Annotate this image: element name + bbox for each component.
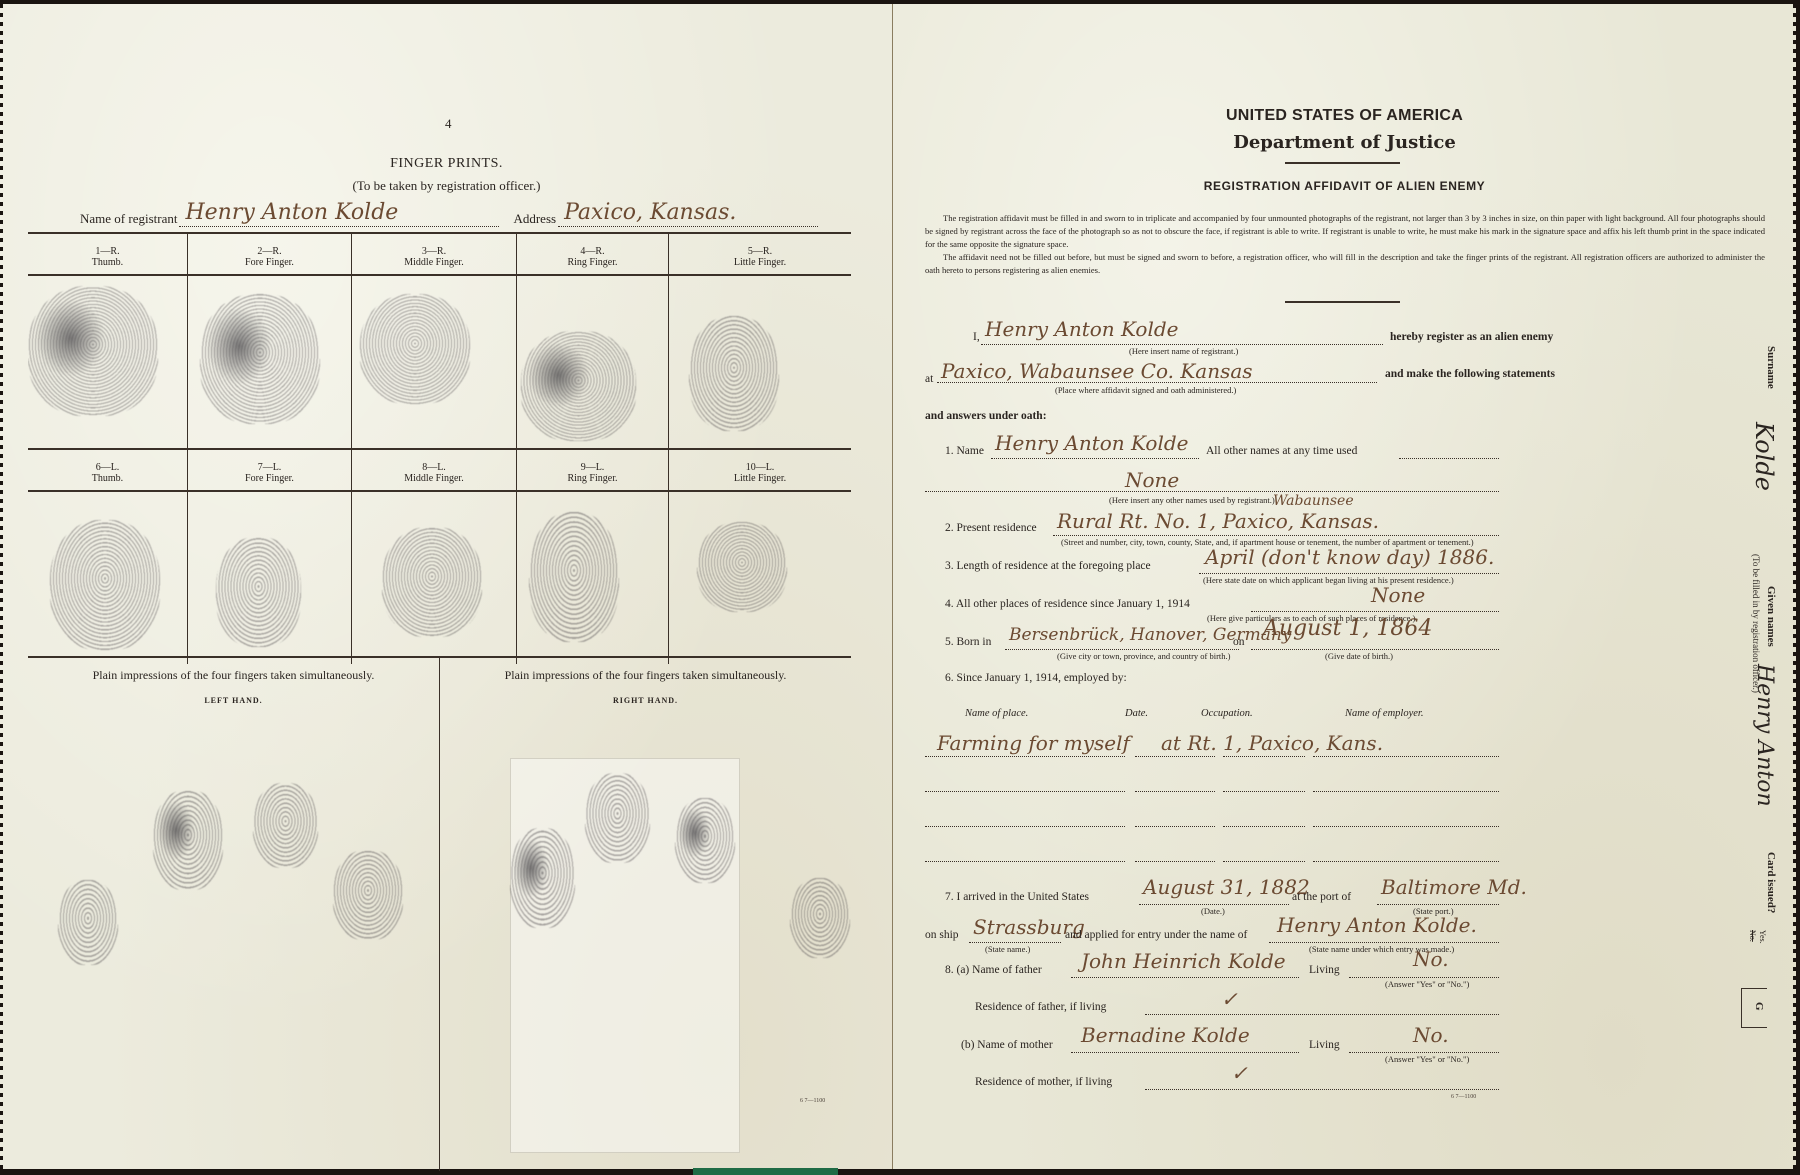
col-employer: Name of employer.	[1345, 708, 1423, 719]
plain-impressions-label-right: Plain impressions of the four fingers ta…	[440, 668, 851, 683]
instruction-paragraph: The registration affidavit must be fille…	[925, 212, 1765, 251]
col-name-of-place: Name of place.	[965, 708, 1028, 719]
statements-text: and make the following statements	[1385, 368, 1555, 380]
q5-birthdate-field[interactable]: August 1, 1864	[1263, 618, 1432, 640]
given-names-field[interactable]: Henry Anton	[1753, 664, 1775, 807]
employment-employer-field[interactable]: at Rt. 1, Paxico, Kans.	[1161, 732, 1383, 754]
department-heading: Department of Justice	[893, 132, 1796, 153]
country-heading: UNITED STATES OF AMERICA	[893, 107, 1796, 125]
port-label: at the port of	[1292, 891, 1351, 903]
left-hand-header-row: 6—L.Thumb. 7—L.Fore Finger. 8—L.Middle F…	[28, 448, 851, 492]
finger-header-6l: 6—L.Thumb.	[28, 450, 188, 490]
surname-field[interactable]: Kolde	[1753, 422, 1775, 491]
given-names-label: Given names	[1765, 586, 1777, 647]
place-hint: (Place where affidavit signed and oath a…	[1055, 385, 1236, 395]
arrival-port-field[interactable]: Baltimore Md.	[1381, 876, 1527, 898]
at-label: at	[925, 373, 933, 385]
classification-letter: G	[1753, 1002, 1765, 1011]
card-no-option[interactable]: No.	[1748, 930, 1757, 942]
ship-hint: (State name.)	[985, 944, 1030, 954]
fingerprint-page: 4 FINGER PRINTS. (To be taken by registr…	[0, 4, 893, 1169]
fingerprint-8l	[352, 492, 517, 664]
finger-header-10l: 10—L.Little Finger.	[669, 450, 851, 490]
finger-header-4r: 4—R.Ring Finger.	[517, 234, 669, 274]
fingerprints-subtitle: (To be taken by registration officer.)	[0, 178, 893, 194]
fingerprint-1r	[28, 276, 188, 448]
col-occupation: Occupation.	[1201, 708, 1253, 719]
right-hand-label: RIGHT HAND.	[440, 696, 851, 705]
oath-text: and answers under oath:	[925, 410, 1047, 422]
q7-label: 7. I arrived in the United States	[945, 891, 1089, 903]
left-hand-plain-impressions: Plain impressions of the four fingers ta…	[28, 658, 440, 1171]
q2-annotation: Wabaunsee	[1273, 490, 1354, 512]
fingerprint-6l	[28, 492, 188, 664]
ship-label: on ship	[925, 929, 959, 941]
father-residence-field[interactable]: ✓	[1221, 988, 1238, 1010]
address-label: Address	[513, 211, 556, 227]
q5-birthplace-field[interactable]: Bersenbrück, Hanover, Germany	[1009, 624, 1291, 646]
finger-header-7l: 7—L.Fore Finger.	[188, 450, 352, 490]
q4-label: 4. All other places of residence since J…	[945, 598, 1190, 610]
father-name-field[interactable]: John Heinrich Kolde	[1081, 950, 1286, 972]
q1-name-field[interactable]: Henry Anton Kolde	[995, 432, 1189, 454]
q1-label: 1. Name	[945, 445, 984, 457]
mother-residence-label: Residence of mother, if living	[975, 1076, 1112, 1088]
form-title: REGISTRATION AFFIDAVIT OF ALIEN ENEMY	[893, 179, 1796, 193]
registrant-name-field[interactable]: Henry Anton Kolde	[179, 200, 499, 227]
fingerprint-3r	[352, 276, 517, 448]
instructions: The registration affidavit must be fille…	[925, 212, 1765, 277]
card-issued-label: Card issued?	[1765, 852, 1777, 913]
right-hand-prints-row	[28, 276, 851, 448]
i-label: I,	[973, 331, 980, 343]
heading-divider	[1285, 162, 1400, 164]
finger-header-8l: 8—L.Middle Finger.	[352, 450, 517, 490]
fingerprint-2r	[188, 276, 352, 448]
fingerprint-7l	[188, 492, 352, 664]
q1-other-names-label: All other names at any time used	[1206, 445, 1357, 457]
right-hand-plain-impressions: Plain impressions of the four fingers ta…	[440, 658, 851, 1171]
instructions-divider	[1285, 301, 1400, 303]
q1-hint: (Here insert any other names used by reg…	[1109, 495, 1275, 505]
name-hint: (Here insert name of registrant.)	[1129, 346, 1238, 356]
q2-label: 2. Present residence	[945, 522, 1037, 534]
q5-place-hint: (Give city or town, province, and countr…	[1057, 651, 1231, 661]
fingerprint-5r	[669, 276, 851, 448]
arrival-date-hint: (Date.)	[1201, 906, 1225, 916]
q3-label: 3. Length of residence at the foregoing …	[945, 560, 1151, 572]
father-label: 8. (a) Name of father	[945, 964, 1042, 976]
mother-living-hint: (Answer "Yes" or "No.")	[1385, 1054, 1469, 1064]
finger-header-9l: 9—L.Ring Finger.	[517, 450, 669, 490]
fingerprint-4r	[517, 276, 669, 448]
officer-sidebar: Surname Kolde Given names (To be filled …	[1731, 334, 1791, 1094]
register-text: hereby register as an alien enemy	[1390, 331, 1553, 343]
plain-impressions-label-left: Plain impressions of the four fingers ta…	[28, 668, 439, 683]
registrant-row: Name of registrant Henry Anton Kolde Add…	[80, 200, 818, 227]
fingerprint-9l	[517, 492, 669, 664]
q4-other-residences-field[interactable]: None	[1371, 584, 1425, 606]
mother-residence-field[interactable]: ✓	[1231, 1062, 1248, 1084]
affidavit-place-field[interactable]: Paxico, Wabaunsee Co. Kansas	[941, 360, 1253, 382]
q3-length-field[interactable]: April (don't know day) 1886.	[1205, 546, 1494, 568]
q2-residence-field[interactable]: Rural Rt. No. 1, Paxico, Kansas.	[1057, 510, 1379, 532]
finger-header-2r: 2—R.Fore Finger.	[188, 234, 352, 274]
father-residence-label: Residence of father, if living	[975, 1001, 1106, 1013]
declarant-name-field[interactable]: Henry Anton Kolde	[985, 318, 1179, 340]
q5-date-hint: (Give date of birth.)	[1325, 651, 1393, 661]
card-yes-option[interactable]: Yes.	[1758, 930, 1767, 944]
form-code: 6 7—1100	[800, 1098, 825, 1104]
registrant-label: Name of registrant	[80, 211, 177, 227]
left-hand-label: LEFT HAND.	[28, 696, 439, 705]
affidavit-page: UNITED STATES OF AMERICA Department of J…	[893, 4, 1796, 1169]
fingerprint-10l	[669, 492, 851, 664]
father-living-label: Living	[1309, 964, 1340, 976]
left-hand-prints-row	[28, 492, 851, 664]
form-code: 6 7—1100	[1451, 1094, 1476, 1100]
finger-header-1r: 1—R.Thumb.	[28, 234, 188, 274]
mother-living-field[interactable]: No.	[1413, 1024, 1449, 1046]
mother-name-field[interactable]: Bernadine Kolde	[1081, 1024, 1250, 1046]
finger-header-3r: 3—R.Middle Finger.	[352, 234, 517, 274]
father-living-hint: (Answer "Yes" or "No.")	[1385, 979, 1469, 989]
q5-on-label: on	[1233, 636, 1245, 648]
q6-label: 6. Since January 1, 1914, employed by:	[945, 672, 1127, 684]
fingerprint-grid: 1—R.Thumb. 2—R.Fore Finger. 3—R.Middle F…	[28, 232, 851, 664]
q5-label: 5. Born in	[945, 636, 991, 648]
mother-living-label: Living	[1309, 1039, 1340, 1051]
fingerprints-title: FINGER PRINTS.	[0, 156, 893, 172]
binding-tab	[693, 1168, 838, 1175]
surname-label: Surname	[1765, 346, 1777, 389]
q1-other-names-field[interactable]: None	[1125, 469, 1179, 491]
instruction-paragraph: The affidavit need not be filled out bef…	[925, 251, 1765, 277]
employment-place-field[interactable]: Farming for myself	[937, 732, 1130, 754]
father-living-field[interactable]: No.	[1413, 948, 1449, 970]
entry-label: and applied for entry under the name of	[1065, 929, 1247, 941]
finger-header-5r: 5—R.Little Finger.	[669, 234, 851, 274]
col-date: Date.	[1125, 708, 1148, 719]
entry-name-field[interactable]: Henry Anton Kolde.	[1277, 914, 1477, 936]
plain-impressions-section: Plain impressions of the four fingers ta…	[28, 656, 851, 1171]
address-field[interactable]: Paxico, Kansas.	[558, 200, 818, 227]
mother-label: (b) Name of mother	[961, 1039, 1053, 1051]
arrival-date-field[interactable]: August 31, 1882	[1143, 876, 1310, 898]
right-hand-header-row: 1—R.Thumb. 2—R.Fore Finger. 3—R.Middle F…	[28, 232, 851, 276]
page-number: 4	[445, 116, 452, 132]
